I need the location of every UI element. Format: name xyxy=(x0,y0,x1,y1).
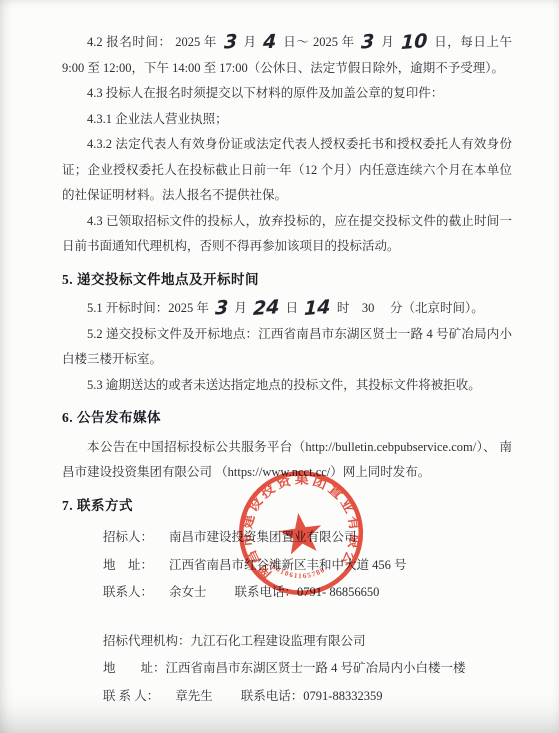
tenderer-phone-number: 0791- 86856650 xyxy=(297,585,379,599)
handwritten-month: 3 xyxy=(215,298,229,318)
para-5-1-text: 月 xyxy=(231,301,250,315)
scanned-tender-notice-page: 4.2 报名时间： 2025 年 3 月 4 日～ 2025 年 3 月 10 … xyxy=(0,0,559,733)
agency-contact-row: 联 系 人：章先生联系电话：0791-88332359 xyxy=(78,683,512,711)
handwritten-day: 24 xyxy=(253,298,280,319)
para-4-2-text: 日～ 2025 年 xyxy=(280,35,359,49)
para-5-1-text: 5.1 开标时间：2025 年 xyxy=(87,301,212,315)
para-4-2-text: 月 xyxy=(240,35,260,49)
para-4-3-1-business-license: 4.3.1 企业法人营业执照； xyxy=(62,107,512,133)
tenderer-contact-row: 联系人：余女士联系电话：0791- 86856650 xyxy=(78,579,512,607)
tenderer-name-row: 招标人：南昌市建设投资集团置业有限公司 xyxy=(78,524,512,552)
handwritten-month: 3 xyxy=(361,32,375,52)
agency-contact-block: 招标代理机构：九江石化工程建设监理有限公司 地 址：江西省南昌市东湖区贤士一路 … xyxy=(78,628,512,711)
handwritten-hour: 14 xyxy=(304,298,331,319)
agency-label: 招标代理机构： xyxy=(103,634,191,648)
heading-section-5: 5. 递交投标文件地点及开标时间 xyxy=(62,267,512,293)
agency-phone-number: 0791-88332359 xyxy=(303,689,382,703)
handwritten-month: 3 xyxy=(223,32,237,52)
handwritten-day: 10 xyxy=(401,32,428,53)
tenderer-contact-label: 联系人： xyxy=(103,585,153,599)
tenderer-address-label: 地 址： xyxy=(103,558,153,572)
agency-address-label: 地 址： xyxy=(103,661,166,675)
tenderer-address-row: 地 址：江西省南昌市红谷滩新区丰和中大道 456 号 xyxy=(78,552,512,580)
para-6-publication-media: 本公告在中国招标投标公共服务平台（http://bulletin.cebpubs… xyxy=(62,435,512,486)
para-4-3-2-id-requirements: 4.3.2 法定代表人有效身份证或法定代表人授权委托书和授权委托人有效身份证；企… xyxy=(62,132,512,209)
document-body: 4.2 报名时间： 2025 年 3 月 4 日～ 2025 年 3 月 10 … xyxy=(62,30,512,710)
tenderer-name: 南昌市建设投资集团置业有限公司 xyxy=(169,530,357,544)
tenderer-phone-label: 联系电话： xyxy=(235,585,298,599)
handwritten-day: 4 xyxy=(263,32,277,52)
heading-section-6: 6. 公告发布媒体 xyxy=(62,405,512,431)
agency-name-row: 招标代理机构：九江石化工程建设监理有限公司 xyxy=(78,628,512,656)
agency-address: 江西省南昌市东湖区贤士一路 4 号矿冶局内小白楼一楼 xyxy=(166,661,466,675)
para-5-3-late-rejection: 5.3 逾期送达的或者未送达指定地点的投标文件，其投标文件将被拒收。 xyxy=(62,373,512,399)
agency-name: 九江石化工程建设监理有限公司 xyxy=(191,634,366,648)
tenderer-contact-person: 余女士 xyxy=(169,585,207,599)
agency-address-row: 地 址：江西省南昌市东湖区贤士一路 4 号矿冶局内小白楼一楼 xyxy=(78,655,512,683)
agency-phone-label: 联系电话： xyxy=(241,689,304,703)
agency-contact-person: 章先生 xyxy=(175,689,213,703)
para-5-2-submission-place: 5.2 递交投标文件及开标地点：江西省南昌市东湖区贤士一路 4 号矿冶局内小白楼… xyxy=(62,322,512,373)
para-4-2-registration-time: 4.2 报名时间： 2025 年 3 月 4 日～ 2025 年 3 月 10 … xyxy=(62,30,512,81)
tenderer-address: 江西省南昌市红谷滩新区丰和中大道 456 号 xyxy=(169,558,407,572)
agency-contact-label: 联 系 人： xyxy=(103,689,159,703)
tenderer-label: 招标人： xyxy=(103,530,153,544)
para-5-1-text: 日 xyxy=(282,301,301,315)
heading-section-7: 7. 联系方式 xyxy=(62,493,512,519)
para-4-3-withdrawal: 4.3 已领取招标文件的投标人，放弃投标的，应在提交投标文件的截止时间一日前书面… xyxy=(62,209,512,260)
para-4-2-text: 月 xyxy=(378,35,398,49)
para-4-3-materials: 4.3 投标人在报名时须提交以下材料的原件及加盖公章的复印件： xyxy=(62,81,512,107)
para-5-1-bid-opening-time: 5.1 开标时间：2025 年 3 月 24 日 14 时 30 分（北京时间）… xyxy=(62,296,512,322)
contact-info-block: 招标人：南昌市建设投资集团置业有限公司 地 址：江西省南昌市红谷滩新区丰和中大道… xyxy=(62,524,512,710)
para-4-2-text: 4.2 报名时间： 2025 年 xyxy=(87,35,221,49)
para-5-1-text: 时 30 分（北京时间）。 xyxy=(334,301,484,315)
